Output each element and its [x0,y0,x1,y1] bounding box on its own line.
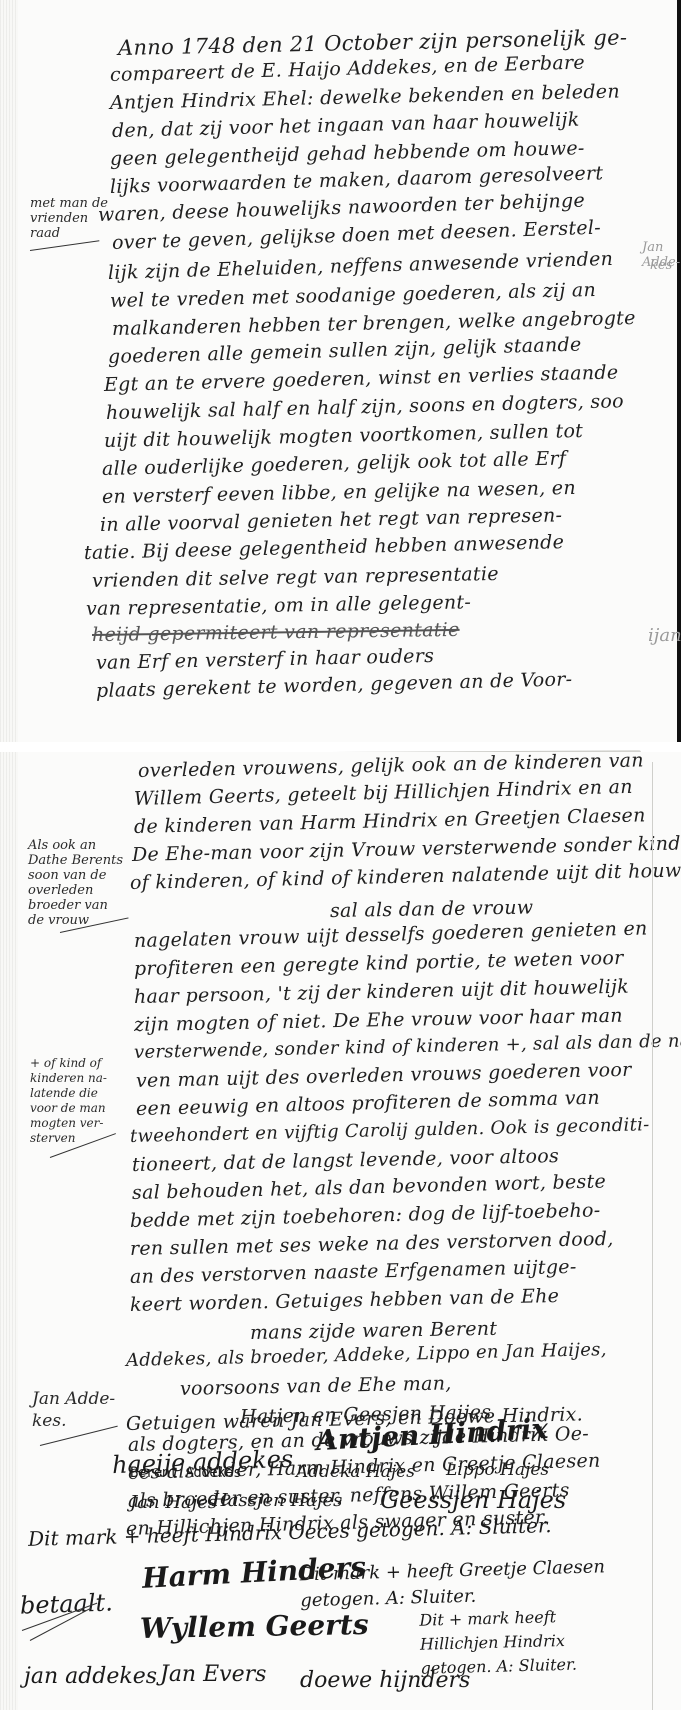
margin-note-left: met man de vrienden raad [30,196,120,241]
margin-bracket [30,240,99,251]
binding-edge [0,0,18,742]
text-line: lijk zijn de Eheluiden, neffens anwesend… [108,248,614,284]
text-line: an des verstorven naaste Erfgenamen uijt… [130,1256,577,1288]
margin-note-right: ijan [648,628,681,643]
text-line: van Erf en versterf in haar ouders [96,645,435,674]
signature: Berent Addekes [130,1465,241,1481]
text-line: Addekes, als broeder, Addeke, Lippo en J… [126,1339,607,1371]
margin-paid-note: betaalt. [20,1588,114,1619]
text-line: zijn mogten of niet. De Ehe vrouw voor h… [134,1005,623,1036]
signature: Jan Evers [160,1662,266,1687]
text-line: keert worden. Getuiges hebben van de Ehe [130,1285,560,1316]
text-line: een eeuwig en altoos profiteren de somma… [136,1087,600,1120]
text-line: van representatie, om in alle gelegent- [86,591,471,620]
text-line: tatie. Bij deese gelegentheid hebben anw… [84,531,565,564]
signature: Wyllem Geerts [140,1608,369,1645]
text-line: houwelijk sal half en half zijn, soons e… [106,390,624,424]
text-line: sal als dan de vrouw [330,896,534,922]
text-line: haar persoon, 't zij der kinderen uijt d… [134,976,629,1008]
text-line: en versterf eeven libbe, en gelijke na w… [102,477,576,508]
signature: Geessjen Hajes [380,1486,566,1514]
text-line: wel te vreden met soodanige goederen, al… [110,279,597,312]
text-line: tioneert, dat de langst levende, voor al… [132,1145,560,1176]
signature: jan addekes [24,1664,157,1689]
margin-note-left: Als ook an Dathe Berents soon van de ove… [28,838,128,928]
signature: Addeka Hajes [296,1462,415,1482]
margin-note-right: kes [650,258,681,273]
margin-note-left: Jan Adde- kes. [32,1388,122,1432]
text-line: ren sullen met ses weke na des verstorve… [130,1228,614,1260]
signature: doewe hijnders [300,1668,470,1693]
text-line: nagelaten vrouw uijt desselfs goederen g… [134,917,648,952]
text-line: de kinderen van Harm Hindrix en Greetjen… [134,804,646,838]
text-line: vrienden dit selve regt van representati… [92,563,499,592]
text-line: bedde met zijn toebehoren: dog de lijf-t… [130,1199,601,1232]
struck-text-line: heijd gepermiteert van representatie [92,619,460,646]
text-line: voorsoons van de Ehe man, [180,1372,452,1400]
page-top: Anno 1748 den 21 October zijn personelij… [0,0,681,742]
text-line: den, dat zij voor het ingaan van haar ho… [112,109,580,142]
page-frame-line [652,762,653,1710]
text-line: mans zijde waren Berent [250,1318,498,1344]
binding-edge [0,752,18,1710]
text-line: profiteren een geregte kind portie, te w… [134,947,624,980]
text-line: goederen alle gemein sullen zijn, gelijk… [108,334,582,368]
signature: Hassjen Hajes [212,1490,342,1511]
text-line: sal behouden het, als dan bevonden wort,… [132,1170,607,1204]
text-line: Willem Geerts, geteelt bij Hillichjen Hi… [134,776,633,810]
text-line: alle ouderlijke goederen, gelijk ook tot… [102,447,567,480]
text-line: tweehondert en vijftig Carolij gulden. O… [130,1114,650,1147]
text-line: in alle voorval genieten het regt van re… [100,504,563,536]
signature: Jan Hajes [130,1492,217,1513]
text-line: uijt dit houwelijk mogten voortkomen, su… [104,420,584,452]
text-line: Egt an te ervere goederen, winst en verl… [104,361,619,396]
signature: Lippo Hajes [446,1460,549,1480]
margin-note-left: + of kind of kinderen na- latende die vo… [30,1056,126,1146]
